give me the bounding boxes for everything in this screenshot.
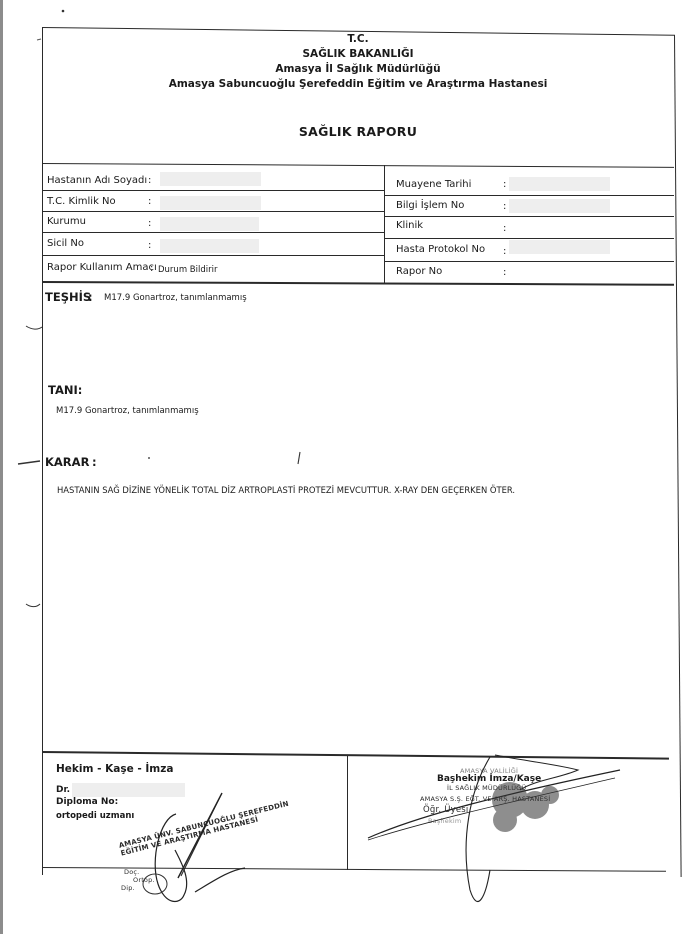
handwritten-signatures — [0, 0, 693, 934]
